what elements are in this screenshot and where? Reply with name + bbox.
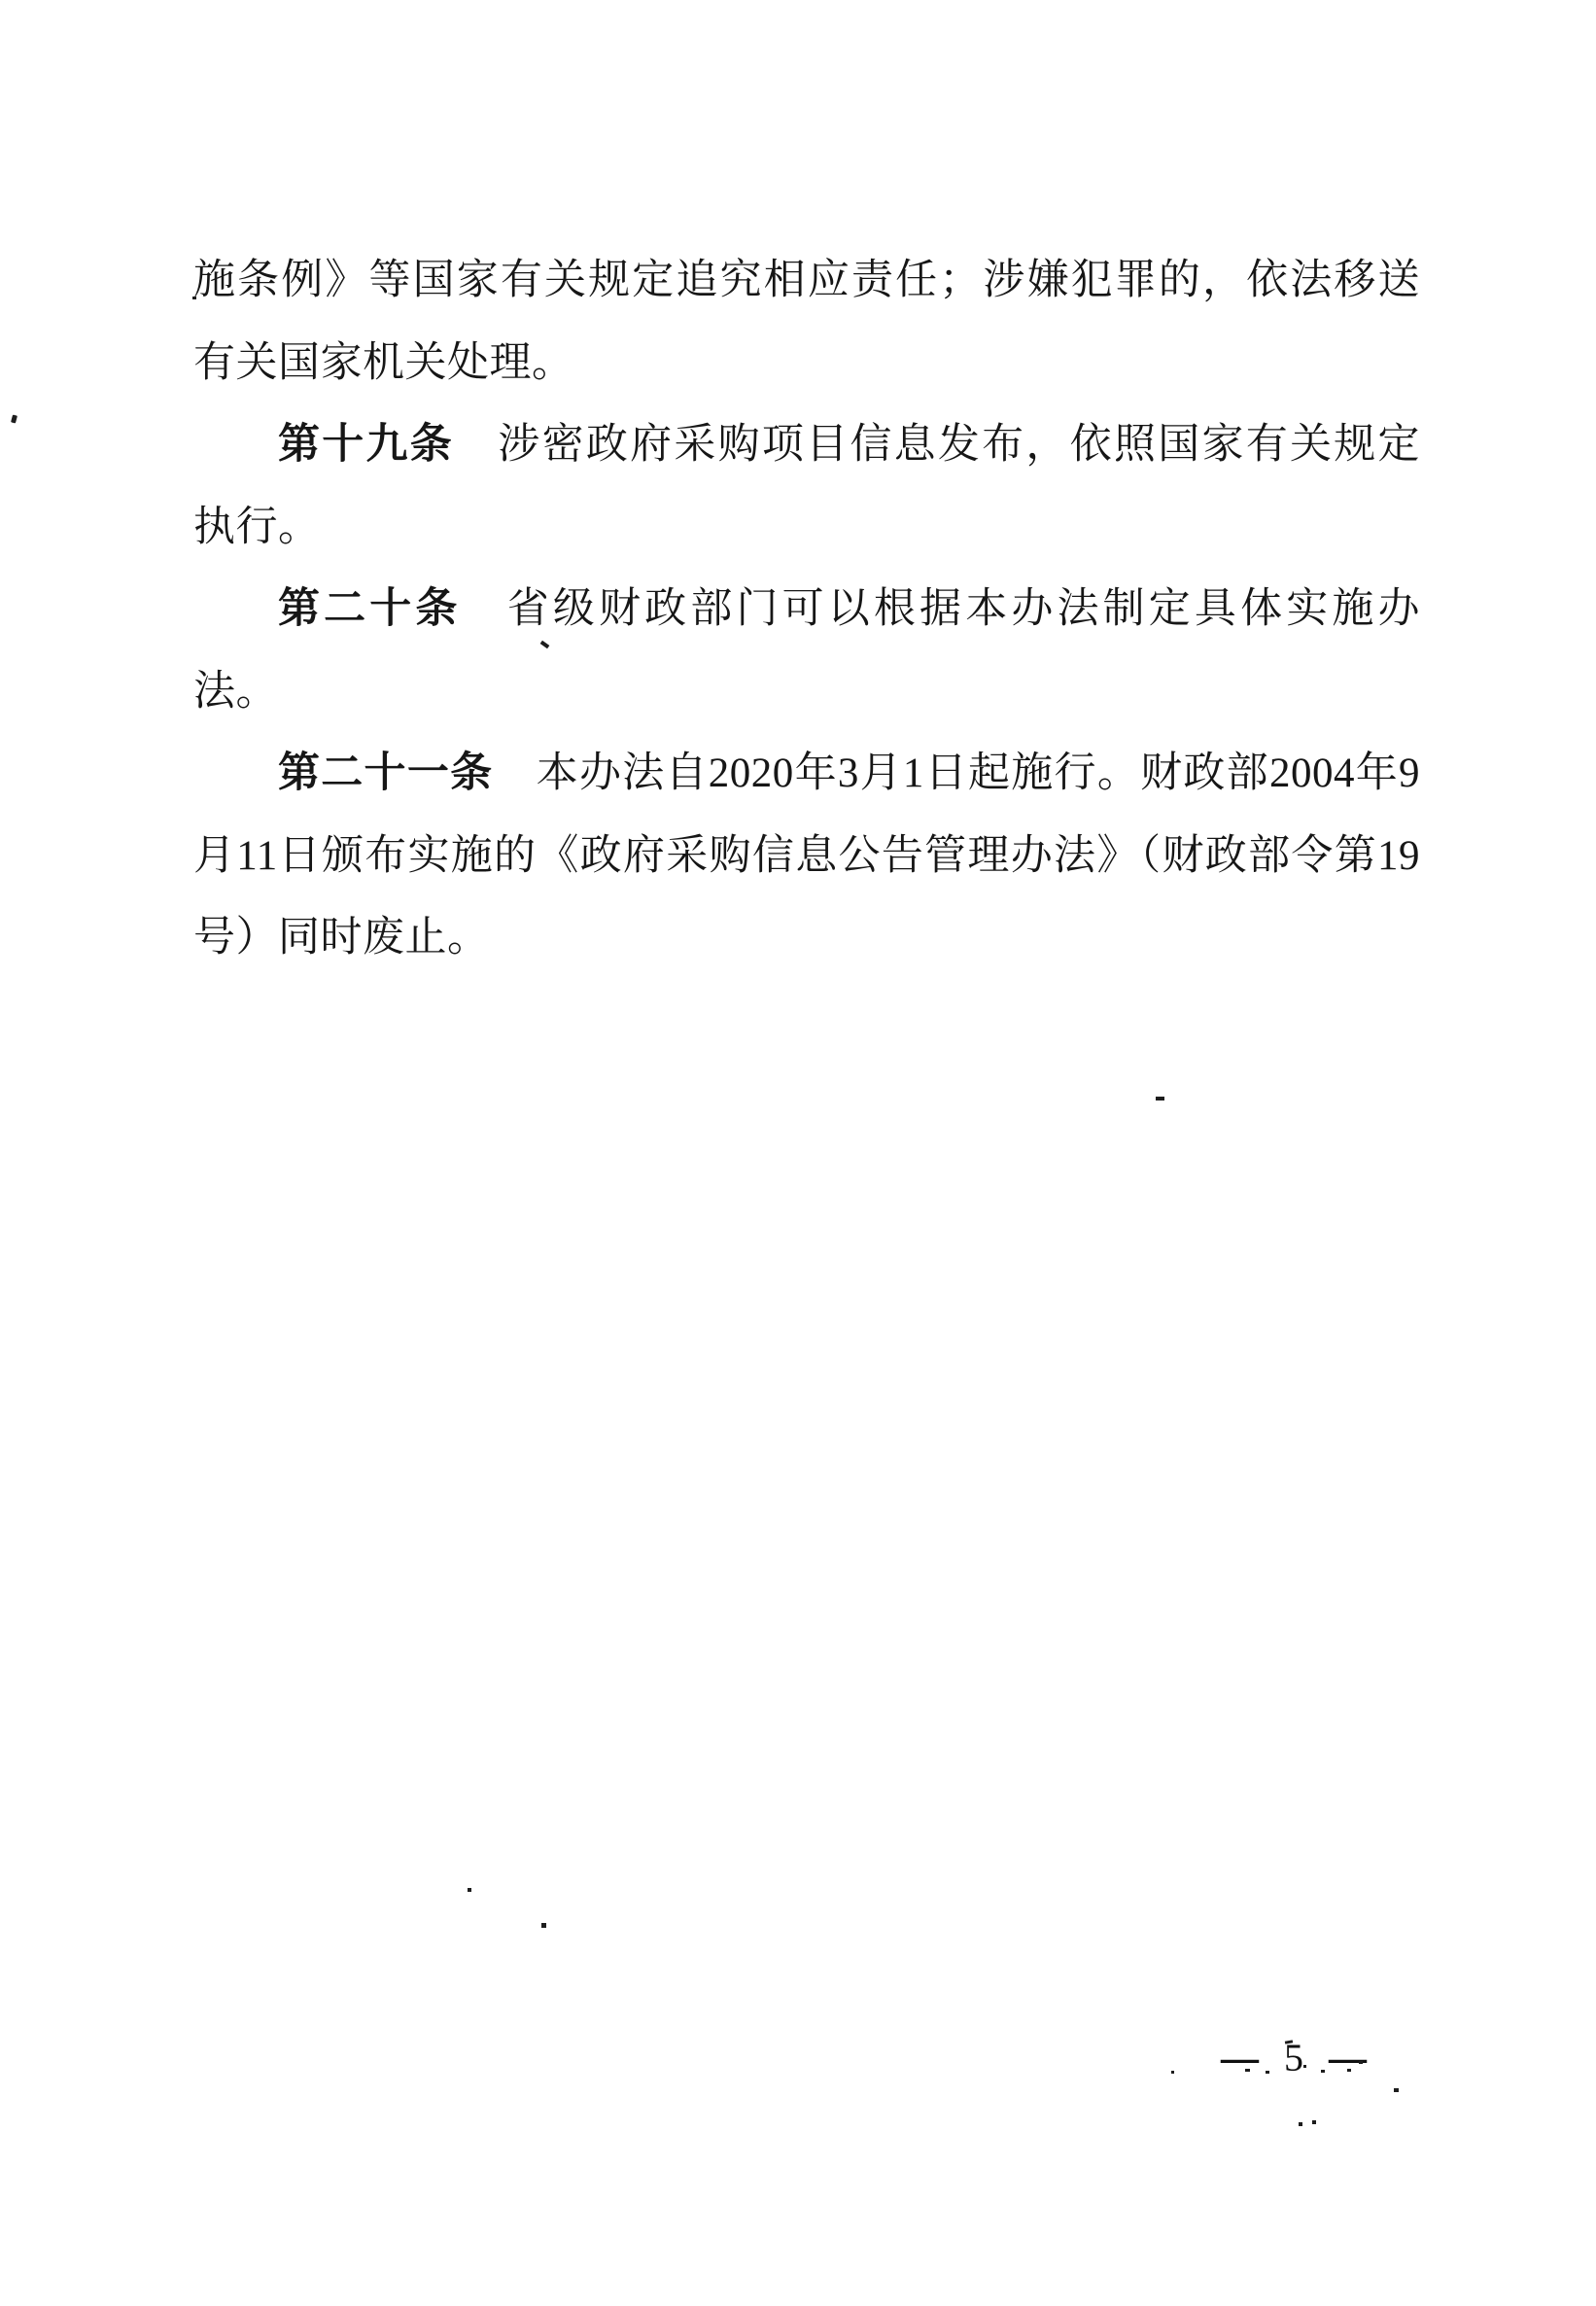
document-page: 施条例》等国家有关规定追究相应责任；涉嫌犯罪的，依法移送有关国家机关处理。第十九… <box>0 0 1596 2306</box>
text-segment: 施条例》等国家有关规定追究相应责任；涉嫌犯罪的，依法移送 <box>193 258 1420 303</box>
text-segment: 有关国家机关处理。 <box>193 340 574 386</box>
footer-dash-left: — <box>1221 2035 1259 2080</box>
scan-speck <box>541 1923 546 1928</box>
text-line: 有关国家机关处理。 <box>193 323 1420 405</box>
paragraph: 第二十一条 本办法自2020年3月1日起施行。财政部2004年9月11日颁布实施… <box>193 733 1420 980</box>
text-line: 月11日颁布实施的《政府采购信息公告管理办法》（财政部令第19 <box>193 816 1420 898</box>
scan-speck <box>1266 2071 1269 2074</box>
paragraph: 施条例》等国家有关规定追究相应责任；涉嫌犯罪的，依法移送有关国家机关处理。 <box>193 240 1420 404</box>
text-segment: 执行。 <box>193 505 321 550</box>
text-segment: 法。 <box>193 669 278 715</box>
scan-speck <box>1359 2061 1363 2064</box>
text-line: 施条例》等国家有关规定追究相应责任；涉嫌犯罪的，依法移送 <box>193 240 1420 323</box>
article-number: 第二十条 <box>278 586 462 632</box>
paragraph: 第二十条 省级财政部门可以根据本办法制定具体实施办法。 <box>193 569 1420 733</box>
scan-speck <box>192 297 196 299</box>
text-segment: 号）同时废止。 <box>193 915 490 961</box>
article-number: 第十九条 <box>278 422 454 468</box>
scan-speck <box>1303 2065 1306 2068</box>
page-footer: — 5 — <box>1221 2039 1367 2077</box>
scan-speck <box>1156 1097 1164 1101</box>
scan-speck <box>11 414 17 423</box>
text-line: 法。 <box>193 651 1420 734</box>
scan-speck <box>1312 2120 1316 2124</box>
text-line: 执行。 <box>193 487 1420 570</box>
text-segment: 涉密政府采购项目信息发布，依照国家有关规定 <box>454 422 1420 468</box>
scan-speck <box>1245 2069 1250 2072</box>
scan-speck <box>1299 2122 1302 2126</box>
text-segment: 省级财政部门可以根据本办法制定具体实施办 <box>462 586 1420 632</box>
text-segment: 本办法自2020年3月1日起施行。财政部2004年9 <box>493 751 1420 796</box>
scan-speck <box>468 1888 471 1892</box>
page-number: 5 <box>1284 2039 1303 2077</box>
footer-dash-right: — <box>1329 2035 1367 2080</box>
scan-speck <box>1394 2088 1399 2092</box>
text-line: 第二十条 省级财政部门可以根据本办法制定具体实施办 <box>193 569 1420 651</box>
text-line: 第二十一条 本办法自2020年3月1日起施行。财政部2004年9 <box>193 733 1420 816</box>
text-line: 第十九条 涉密政府采购项目信息发布，依照国家有关规定 <box>193 404 1420 487</box>
scan-speck <box>1347 2069 1351 2072</box>
text-block: 施条例》等国家有关规定追究相应责任；涉嫌犯罪的，依法移送有关国家机关处理。第十九… <box>193 240 1420 980</box>
scan-speck <box>1321 2070 1325 2073</box>
scan-speck <box>1171 2071 1174 2074</box>
text-line: 号）同时废止。 <box>193 897 1420 980</box>
text-segment: 月11日颁布实施的《政府采购信息公告管理办法》（财政部令第19 <box>193 833 1420 879</box>
paragraph: 第十九条 涉密政府采购项目信息发布，依照国家有关规定执行。 <box>193 404 1420 569</box>
article-number: 第二十一条 <box>278 751 493 796</box>
